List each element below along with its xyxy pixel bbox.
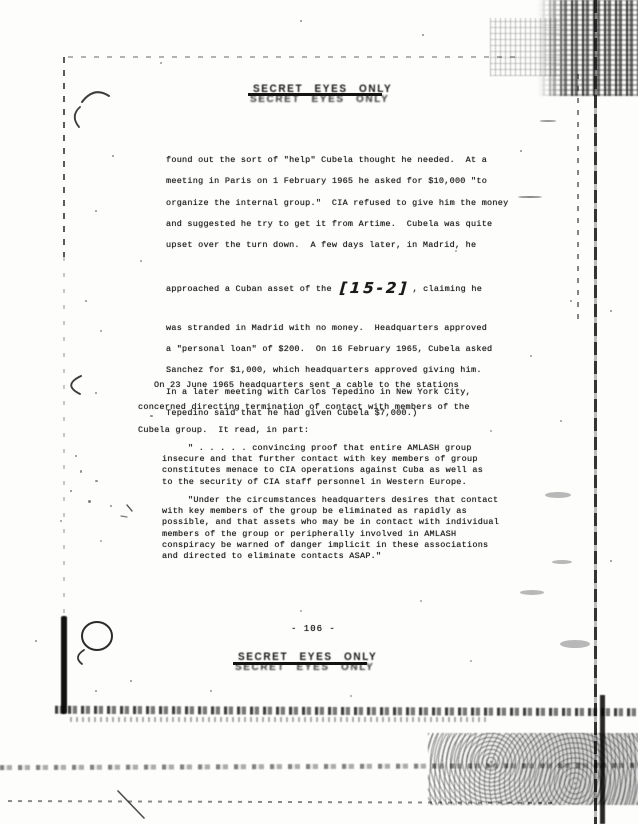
classification-stamp-bottom: SECRET EYES ONLY SECRET EYES ONLY [238,652,388,678]
scan-speck [210,690,212,692]
scan-noise-cloud-bottom-right [428,733,638,805]
scan-speck [520,590,544,595]
text-line: concerned directing termination of conta… [138,396,498,418]
scan-speck [95,480,98,482]
scan-speck [490,430,492,432]
scan-speck [610,310,612,312]
scan-speck [100,330,102,332]
stray-mark-quote-left-1 [127,505,132,511]
paper-edge-dashed-left [63,57,65,257]
text-line: Cubela group. It read, in part: [138,419,498,441]
scan-speck [518,196,542,198]
scan-speck [95,392,97,394]
text-line: " . . . . . convincing proof that entire… [162,443,507,454]
scan-speck [540,120,556,122]
text-line: and directed to eliminate contacts ASAP.… [162,551,507,562]
scan-fold-line-right-bottom [600,695,605,824]
scan-speck [520,150,522,152]
scan-speck [85,300,87,302]
pen-slash-mark-bottom [118,791,144,818]
scan-speck [150,415,153,417]
text-line: a "personal loan" of $200. On 16 Februar… [166,339,516,360]
scanned-document-page: SECRET EYES ONLY SECRET EYES ONLY found … [0,0,638,824]
asset-line-suffix: , claiming he [412,284,482,294]
text-line: with key members of the group be elimina… [162,506,507,517]
scan-speck [140,260,142,262]
asset-line-prefix: approached a Cuban asset of the [166,284,337,294]
scan-speck [95,210,97,212]
text-line: organize the internal group." CIA refuse… [166,193,516,214]
pen-hook-mark-bottom-left [78,650,84,664]
text-line: found out the sort of "help" Cubela thou… [166,150,516,171]
text-line: upset over the turn down. A few days lat… [166,235,516,256]
stray-mark-quote-left-2 [121,516,127,517]
text-line: On 23 June 1965 headquarters sent a cabl… [138,374,498,396]
cable-quote-2: "Under the circumstances headquarters de… [162,495,507,562]
scan-noise-top-right-haze [490,18,560,76]
scan-speck [160,62,162,64]
cable-quote-1: " . . . . . convincing proof that entire… [162,443,507,488]
text-line: conspiracy be warned of danger implicit … [162,540,507,551]
scan-speck [560,420,562,422]
scan-speck [470,660,472,662]
text-line: meeting in Paris on 1 February 1965 he a… [166,171,516,192]
scan-speck [75,455,77,457]
paragraph-1-upper-lines: found out the sort of "help" Cubela thou… [166,150,516,256]
scan-speck [422,34,424,36]
scan-speck [552,560,572,564]
page-number: - 106 - [291,624,336,634]
paper-edge-dashed-left-faint [63,257,65,613]
pen-c-mark-middle-left [71,376,81,394]
scan-speck [420,600,422,602]
text-line: constitutes menace to CIA operations aga… [162,465,507,476]
scan-speck [570,300,572,302]
stamp-strike-line [233,662,367,665]
scan-speck [70,490,72,492]
text-line: to the security of CIA staff personnel i… [162,477,507,488]
text-line: possible, and that assets who may be in … [162,517,507,528]
scan-speck [80,470,82,473]
scan-fold-line-right-faint [577,74,579,324]
handwritten-redaction-annotation: [15-2] [339,278,410,299]
scan-speck [100,540,102,542]
pen-arc-mark-top-left [82,92,109,102]
scan-noise-band-2 [0,763,638,770]
scan-speck [545,492,571,498]
scan-speck [610,560,612,562]
scan-speck [60,520,62,522]
scan-speck [95,690,97,692]
text-line: "Under the circumstances headquarters de… [162,495,507,506]
scan-speck [112,155,114,157]
scan-speck [300,610,302,612]
asset-line: approached a Cuban asset of the [15-2], … [166,276,516,297]
scan-noise-dotted-line-bottom [8,800,558,804]
text-line: and suggested he try to get it from Arti… [166,214,516,235]
scan-noise-band-1 [55,706,638,717]
scan-speck [130,680,132,682]
scan-speck [35,640,37,642]
classification-stamp-top: SECRET EYES ONLY SECRET EYES ONLY [253,84,403,110]
scan-speck [88,500,91,503]
scan-speck [300,20,302,22]
scan-speck [110,505,112,507]
text-line: was stranded in Madrid with no money. He… [166,318,516,339]
scan-noise-band-1b [70,717,490,722]
paragraph-2: On 23 June 1965 headquarters sent a cabl… [138,374,498,441]
pen-paren-mark-top-left [75,107,80,127]
scan-speck [455,250,457,252]
paper-edge-shadow-left [61,616,67,714]
pen-circle-mark-bottom-left [82,622,112,650]
scan-speck [530,355,532,357]
text-line: insecure and that further contact with k… [162,454,507,465]
text-line: members of the group or peripherally inv… [162,529,507,540]
stamp-strike-line [248,93,382,96]
scan-fold-line-right [594,0,597,824]
scan-speck [560,640,590,648]
scan-noise-top-right-blob [538,0,638,96]
scan-speck [350,695,352,697]
scan-line-top [68,56,520,58]
